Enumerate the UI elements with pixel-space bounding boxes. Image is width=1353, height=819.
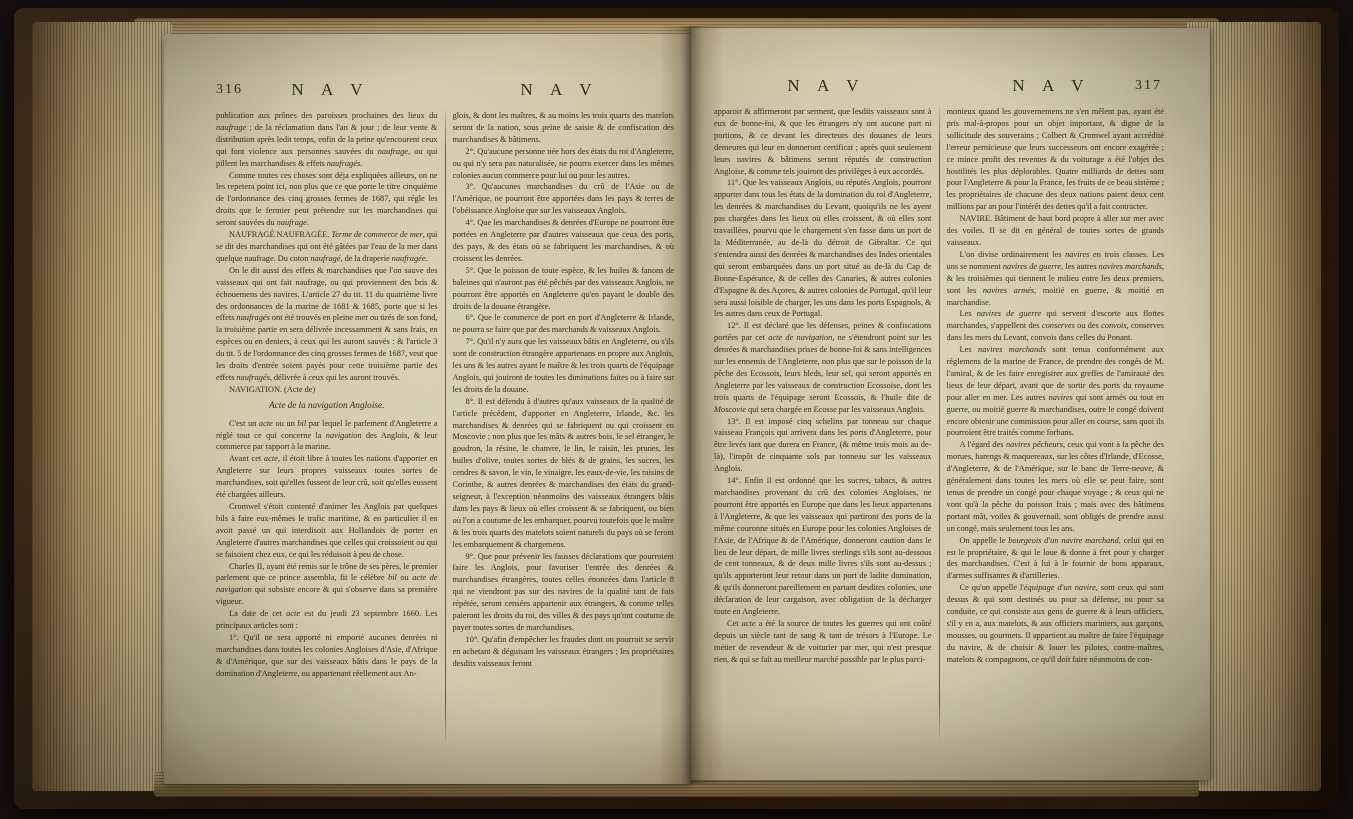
paragraph: L'on divise ordinairement les navires en… [947, 249, 1165, 309]
paragraph: C'est un acte ou un bil par lequel le pa… [216, 418, 438, 454]
column-rule [939, 106, 940, 738]
paragraph: Cromwel s'étoit contenté d'animer les An… [216, 501, 438, 561]
paragraph: 11°. Que les vaisseaux Anglois, ou réput… [714, 177, 932, 320]
paragraph: Ce qu'on appelle l'équipage d'un navire,… [947, 582, 1165, 665]
running-head: N A V [939, 76, 1164, 102]
running-head: N A V [216, 80, 445, 106]
paragraph: 7°. Qu'il n'y aura que les vaisseaux bât… [453, 336, 675, 396]
paragraph: 2°. Qu'aucune personne née hors des état… [453, 146, 675, 182]
running-head: N A V [714, 76, 939, 102]
paragraph: NAVIRE. Bâtiment de haut bord propre à a… [947, 213, 1165, 249]
paragraph: A l'égard des navires pêcheurs, ceux qui… [947, 439, 1165, 534]
text-column: glois, & dont les maîtres, & au moins le… [453, 110, 675, 742]
paragraph: NAVIGATION. (Acte de) [216, 384, 438, 396]
paragraph: 10°. Qu'afin d'empêcher les fraudes dont… [453, 634, 675, 670]
running-head: N A V [445, 80, 674, 106]
paragraph: 4°. Que les marchandises & denrées d'Eur… [453, 217, 675, 265]
paragraph: apparoir & affirmeront par serment, que … [714, 106, 932, 177]
text-column: publication aux prônes des paroisses pro… [216, 110, 438, 742]
page-edges-left [32, 22, 172, 791]
page-number-left: 316 [216, 82, 243, 98]
page-left-header: 316 N A V N A V [216, 80, 674, 106]
text-column: apparoir & affirmeront par serment, que … [714, 106, 932, 738]
paragraph: Avant cet acte, il étoit libre à toutes … [216, 453, 438, 501]
page-right-header: N A V N A V 317 [714, 76, 1164, 102]
text-columns: publication aux prônes des paroisses pro… [216, 110, 674, 742]
paragraph: Charles II, ayant été remis sur le trône… [216, 561, 438, 609]
paragraph: 5°. Que le poisson de toute espèce, & le… [453, 265, 675, 313]
paragraph: glois, & dont les maîtres, & au moins le… [453, 110, 675, 146]
paragraph: 9°. Que pour prévenir les fausses déclar… [453, 551, 675, 634]
paragraph: 12°. Il est déclaré que les défenses, pe… [714, 320, 932, 415]
paragraph: On le dit aussi des effets & marchandise… [216, 265, 438, 384]
paragraph: 6°. Que le commerce de port en port d'An… [453, 312, 675, 336]
paragraph: On appelle le bourgeois d'un navire marc… [947, 535, 1165, 583]
open-book: 316 N A V N A V publication aux prônes d… [14, 8, 1339, 809]
paragraph: 1°. Qu'il ne sera apporté ni emporté auc… [216, 632, 438, 680]
page-left-content: 316 N A V N A V publication aux prônes d… [164, 34, 691, 784]
paragraph: La date de cet acte est du jeudi 23 sept… [216, 608, 438, 632]
paragraph: Les navires de guerre qui servent d'esco… [947, 308, 1165, 344]
paragraph: Comme toutes ces choses sont déja expliq… [216, 170, 438, 230]
book-page-right: N A V N A V 317 apparoir & affirmeront p… [691, 28, 1210, 780]
paragraph: monieux quand les gouvernemens ne s'en m… [947, 106, 1165, 213]
column-rule [445, 110, 446, 742]
book-page-left: 316 N A V N A V publication aux prônes d… [164, 34, 691, 784]
paragraph: 14°. Enfin il est ordonné que les sucres… [714, 475, 932, 618]
text-column: monieux quand les gouvernemens ne s'en m… [947, 106, 1165, 738]
section-heading: Acte de la navigation Angloise. [216, 401, 438, 413]
page-number-right: 317 [1135, 78, 1162, 94]
paragraph: 13°. Il est imposé cinq schelins par ton… [714, 416, 932, 476]
paragraph: Les navires marchands sont tenus conform… [947, 344, 1165, 439]
paragraph: Cet acte a été la source de toutes les g… [714, 618, 932, 666]
paragraph: NAUFRAGÉ NAUFRAGÉE. Terme de commerce de… [216, 229, 438, 265]
photo-background: 316 N A V N A V publication aux prônes d… [0, 0, 1353, 819]
text-columns: apparoir & affirmeront par serment, que … [714, 106, 1164, 738]
paragraph: 3°. Qu'aucunes marchandises du crû de l'… [453, 181, 675, 217]
page-right-content: N A V N A V 317 apparoir & affirmeront p… [691, 28, 1210, 780]
paragraph: publication aux prônes des paroisses pro… [216, 110, 438, 170]
paragraph: 8°. Il est défendu à d'autres qu'aux vai… [453, 396, 675, 551]
